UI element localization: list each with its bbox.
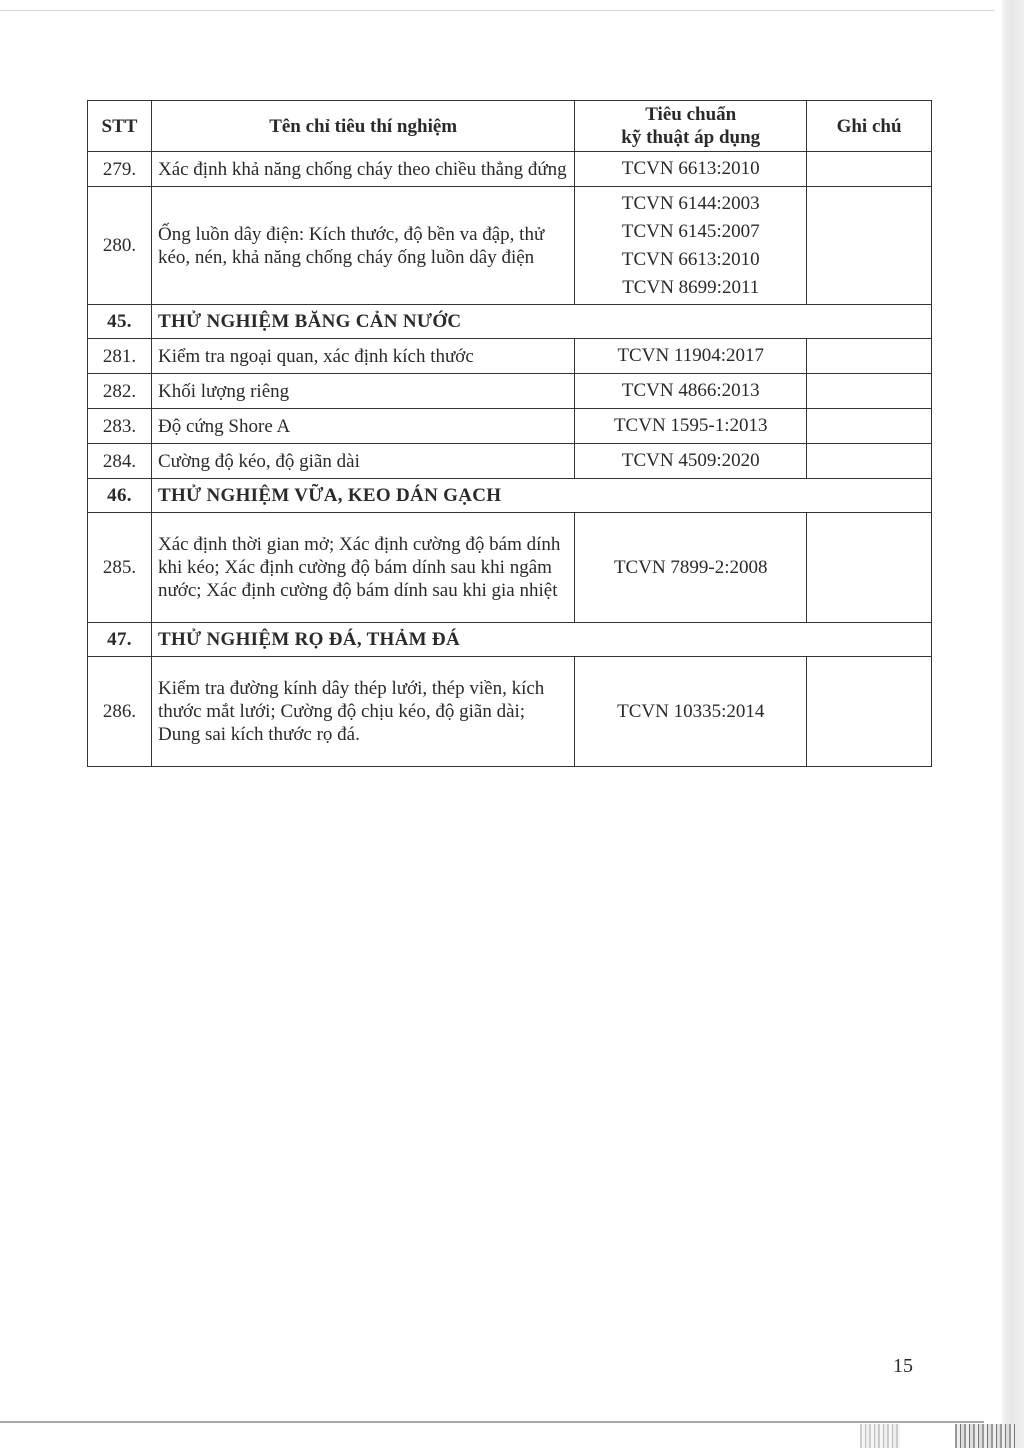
- test-name: Kiểm tra đường kính dây thép lưới, thép …: [151, 657, 574, 767]
- standard-code: TCVN 6613:2010: [581, 155, 800, 183]
- test-name: Độ cứng Shore A: [151, 409, 574, 444]
- standard-cell: TCVN 4509:2020: [575, 444, 807, 479]
- standard-cell: TCVN 6613:2010: [575, 152, 807, 187]
- section-row: 45. THỬ NGHIỆM BĂNG CẢN NƯỚC: [88, 305, 932, 339]
- section-title: THỬ NGHIỆM BĂNG CẢN NƯỚC: [151, 305, 931, 339]
- table-row: 285. Xác định thời gian mở; Xác định cườ…: [88, 513, 932, 623]
- note-cell: [807, 339, 932, 374]
- note-cell: [807, 409, 932, 444]
- standard-code: TCVN 8699:2011: [581, 274, 800, 302]
- standard-code: TCVN 7899-2:2008: [581, 554, 800, 582]
- table-row: 279. Xác định khả năng chống cháy theo c…: [88, 152, 932, 187]
- section-number: 47.: [88, 623, 152, 657]
- table-header-row: STT Tên chỉ tiêu thí nghiệm Tiêu chuẩn k…: [88, 101, 932, 152]
- table-row: 280. Ống luồn dây điện: Kích thước, độ b…: [88, 187, 932, 305]
- standard-cell: TCVN 6144:2003TCVN 6145:2007TCVN 6613:20…: [575, 187, 807, 305]
- note-cell: [807, 657, 932, 767]
- standard-cell: TCVN 4866:2013: [575, 374, 807, 409]
- row-number: 281.: [88, 339, 152, 374]
- standard-code: TCVN 6144:2003: [581, 190, 800, 218]
- table-row: 283. Độ cứng Shore A TCVN 1595-1:2013: [88, 409, 932, 444]
- note-cell: [807, 187, 932, 305]
- standard-cell: TCVN 1595-1:2013: [575, 409, 807, 444]
- test-name: Khối lượng riêng: [151, 374, 574, 409]
- test-standards-table: STT Tên chỉ tiêu thí nghiệm Tiêu chuẩn k…: [87, 100, 932, 767]
- note-cell: [807, 152, 932, 187]
- scan-right-edge: [1002, 0, 1024, 1448]
- section-row: 47. THỬ NGHIỆM RỌ ĐÁ, THẢM ĐÁ: [88, 623, 932, 657]
- standard-code: TCVN 6613:2010: [581, 246, 800, 274]
- standard-code: TCVN 11904:2017: [581, 342, 800, 370]
- row-number: 285.: [88, 513, 152, 623]
- table-row: 286. Kiểm tra đường kính dây thép lưới, …: [88, 657, 932, 767]
- section-number: 45.: [88, 305, 152, 339]
- row-number: 283.: [88, 409, 152, 444]
- test-name: Kiểm tra ngoại quan, xác định kích thước: [151, 339, 574, 374]
- test-name: Xác định khả năng chống cháy theo chiều …: [151, 152, 574, 187]
- header-standard-line1: Tiêu chuẩn: [581, 103, 800, 126]
- table-row: 281. Kiểm tra ngoại quan, xác định kích …: [88, 339, 932, 374]
- standard-code: TCVN 1595-1:2013: [581, 412, 800, 440]
- note-cell: [807, 444, 932, 479]
- row-number: 280.: [88, 187, 152, 305]
- note-cell: [807, 513, 932, 623]
- standard-cell: TCVN 10335:2014: [575, 657, 807, 767]
- section-title: THỬ NGHIỆM RỌ ĐÁ, THẢM ĐÁ: [151, 623, 931, 657]
- section-title: THỬ NGHIỆM VỮA, KEO DÁN GẠCH: [151, 479, 931, 513]
- table-row: 284. Cường độ kéo, độ giãn dài TCVN 4509…: [88, 444, 932, 479]
- standard-cell: TCVN 7899-2:2008: [575, 513, 807, 623]
- header-note: Ghi chú: [807, 101, 932, 152]
- standard-cell: TCVN 11904:2017: [575, 339, 807, 374]
- scan-bottom-edge: [0, 1421, 984, 1423]
- scan-top-edge: [0, 10, 994, 11]
- table-row: 282. Khối lượng riêng TCVN 4866:2013: [88, 374, 932, 409]
- header-name: Tên chỉ tiêu thí nghiệm: [151, 101, 574, 152]
- standard-code: TCVN 4866:2013: [581, 377, 800, 405]
- note-cell: [807, 374, 932, 409]
- test-name: Cường độ kéo, độ giãn dài: [151, 444, 574, 479]
- header-standard-line2: kỹ thuật áp dụng: [581, 126, 800, 149]
- standard-code: TCVN 6145:2007: [581, 218, 800, 246]
- header-stt: STT: [88, 101, 152, 152]
- row-number: 284.: [88, 444, 152, 479]
- row-number: 286.: [88, 657, 152, 767]
- standard-code: TCVN 10335:2014: [581, 698, 800, 726]
- section-number: 46.: [88, 479, 152, 513]
- row-number: 279.: [88, 152, 152, 187]
- page-number: 15: [893, 1355, 913, 1378]
- row-number: 282.: [88, 374, 152, 409]
- standard-code: TCVN 4509:2020: [581, 447, 800, 475]
- section-row: 46. THỬ NGHIỆM VỮA, KEO DÁN GẠCH: [88, 479, 932, 513]
- scan-artifact: [860, 1424, 900, 1448]
- test-name: Xác định thời gian mở; Xác định cường độ…: [151, 513, 574, 623]
- header-standard: Tiêu chuẩn kỹ thuật áp dụng: [575, 101, 807, 152]
- scan-artifact: [955, 1424, 1015, 1448]
- test-name: Ống luồn dây điện: Kích thước, độ bền va…: [151, 187, 574, 305]
